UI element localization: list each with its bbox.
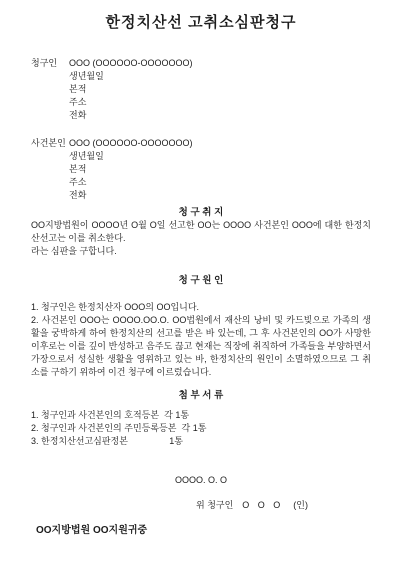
signature-name: O O O xyxy=(242,500,283,510)
attachments-heading: 첨 부 서 류 xyxy=(31,389,371,402)
principal-block: 사건본인 OOO (OOOOOO-OOOOOOO) 생년월일 본적 주소 전화 xyxy=(31,137,371,202)
attachment-name: 3. 한정치산선고심판정본 xyxy=(31,435,153,448)
purpose-heading: 청 구 취 지 xyxy=(31,206,371,219)
petitioner-field-address: 주소 xyxy=(69,96,371,109)
cause-item-1: 1. 청구인은 한정치산자 OOO의 OO입니다. xyxy=(31,301,371,314)
principal-field-phone: 전화 xyxy=(69,189,371,202)
attachment-name: 2. 청구인과 사건본인의 주민등록등본 xyxy=(31,422,176,435)
principal-label: 사건본인 xyxy=(31,137,69,150)
attachments-list: 1. 청구인과 사건본인의 호적등본 각 1통 2. 청구인과 사건본인의 주민… xyxy=(31,409,371,448)
petitioner-name-row: 청구인 OOO (OOOOOO-OOOOOOO) xyxy=(31,57,371,70)
petitioner-label: 청구인 xyxy=(31,57,69,70)
attachment-name: 1. 청구인과 사건본인의 호적등본 xyxy=(31,409,159,422)
purpose-closing: 라는 심판을 구합니다. xyxy=(31,245,371,258)
attachment-item: 2. 청구인과 사건본인의 주민등록등본 각 1통 xyxy=(31,422,371,435)
cause-heading: 청 구 원 인 xyxy=(31,274,371,287)
attachment-item: 3. 한정치산선고심판정본 1통 xyxy=(31,435,371,448)
signature-line: 위 청구인O O O(인) xyxy=(196,499,371,512)
petitioner-fields: 생년월일 본적 주소 전화 xyxy=(69,70,371,122)
attachment-item: 1. 청구인과 사건본인의 호적등본 각 1통 xyxy=(31,409,371,422)
purpose-body: OO지방법원이 OOOO년 O월 O일 선고한 OO는 OOOO 사건본인 OO… xyxy=(31,219,371,245)
document-title: 한정치산선 고취소심판청구 xyxy=(31,14,371,32)
principal-fields: 생년월일 본적 주소 전화 xyxy=(69,150,371,202)
petitioner-field-domicile: 본적 xyxy=(69,83,371,96)
principal-name: OOO (OOOOOO-OOOOOOO) xyxy=(69,137,193,150)
court-address: OO지방법원 OO지원귀중 xyxy=(36,524,371,537)
legal-document-page: 한정치산선 고취소심판청구 청구인 OOO (OOOOOO-OOOOOOO) 생… xyxy=(0,0,400,565)
document-date: OOOO. O. O xyxy=(31,474,371,487)
principal-field-birthdate: 생년월일 xyxy=(69,150,371,163)
principal-field-address: 주소 xyxy=(69,176,371,189)
signature-prefix: 위 청구인 xyxy=(196,500,233,510)
petitioner-block: 청구인 OOO (OOOOOO-OOOOOOO) 생년월일 본적 주소 전화 xyxy=(31,57,371,122)
attachment-count: 각 1통 xyxy=(159,409,189,422)
signature-seal: (인) xyxy=(293,500,308,510)
cause-item-2: 2. 사건본인 OOO는 OOOO.OO.O. OO법원에서 재산의 낭비 및 … xyxy=(31,314,371,379)
principal-field-domicile: 본적 xyxy=(69,163,371,176)
attachment-count: 각 1통 xyxy=(176,422,206,435)
attachment-count: 1통 xyxy=(153,435,183,448)
petitioner-field-phone: 전화 xyxy=(69,109,371,122)
petitioner-name: OOO (OOOOOO-OOOOOOO) xyxy=(69,57,193,70)
petitioner-field-birthdate: 생년월일 xyxy=(69,70,371,83)
principal-name-row: 사건본인 OOO (OOOOOO-OOOOOOO) xyxy=(31,137,371,150)
